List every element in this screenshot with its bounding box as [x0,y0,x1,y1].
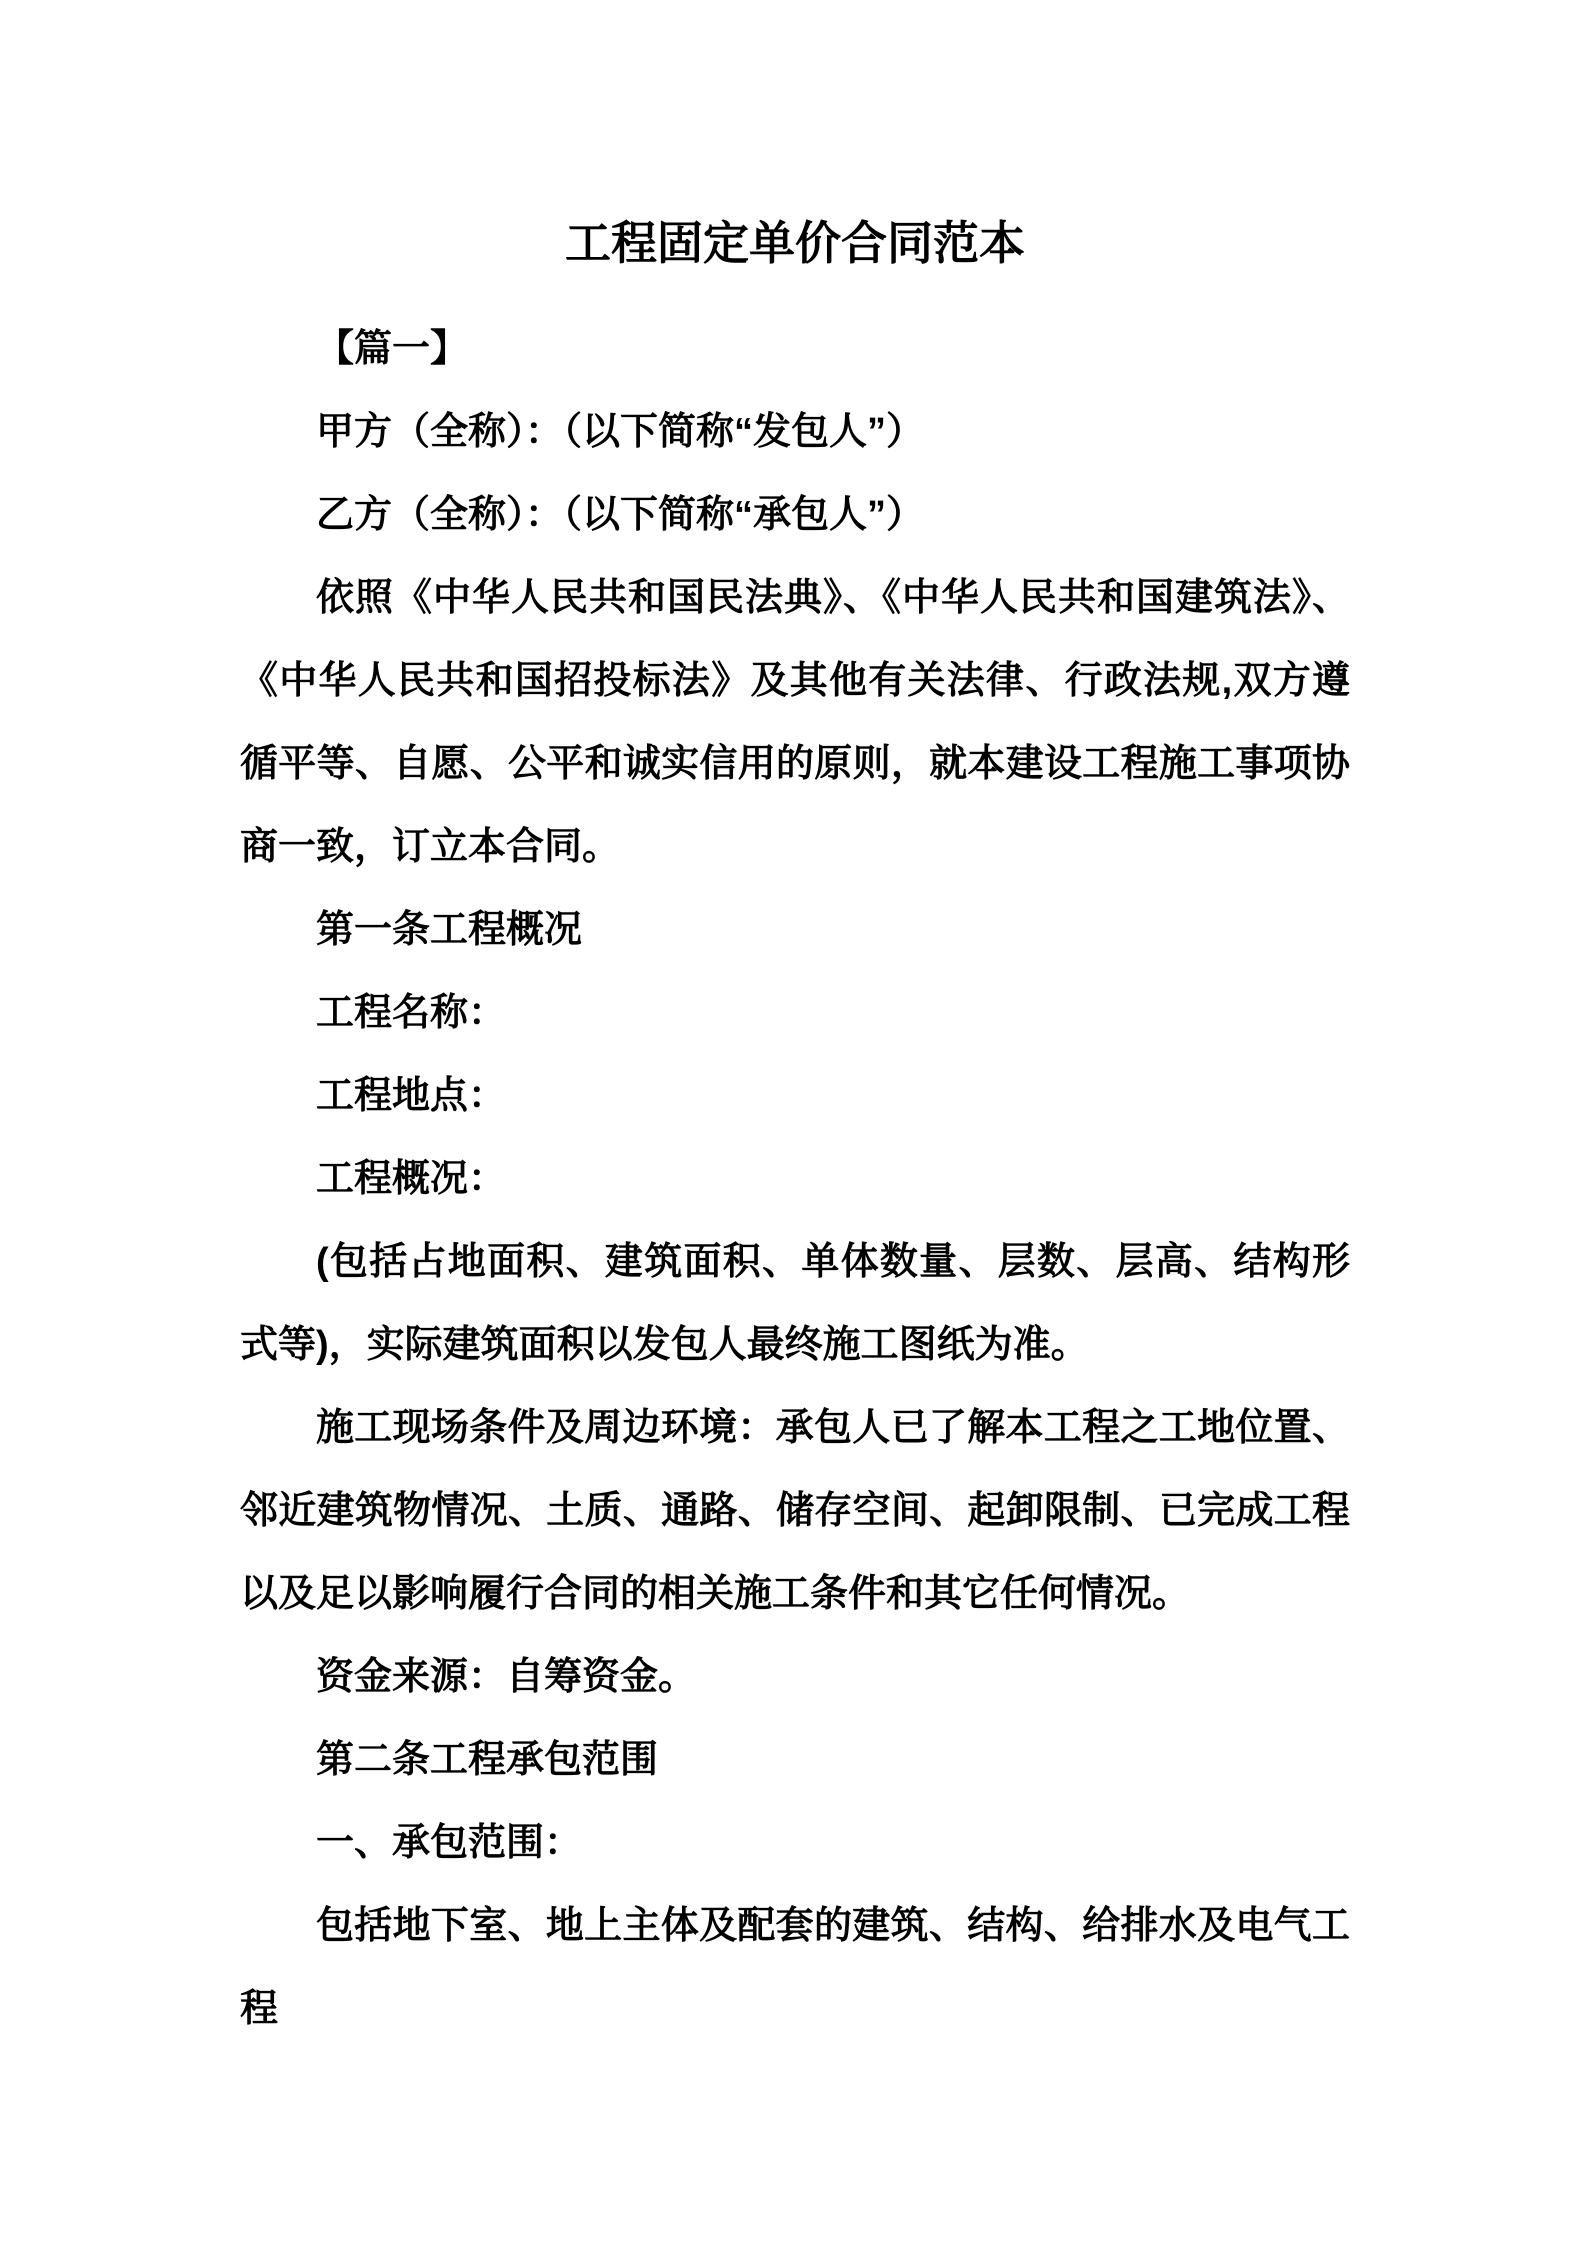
paragraph: 工程名称： [240,972,1350,1055]
paragraph: (包括占地面积、建筑面积、单体数量、层数、层高、结构形式等)，实际建筑面积以发包… [240,1221,1350,1387]
document-title: 工程固定单价合同范本 [240,214,1350,272]
paragraph: 资金来源：自筹资金。 [240,1636,1350,1719]
paragraph: 工程地点： [240,1055,1350,1138]
paragraph: 施工现场条件及周边环境：承包人已了解本工程之工地位置、邻近建筑物情况、土质、通路… [240,1387,1350,1636]
paragraph: 甲方（全称）：（以下简称“发包人”） [240,391,1350,474]
paragraph: 一、承包范围： [240,1802,1350,1885]
paragraph: 依照《中华人民共和国民法典》、《中华人民共和国建筑法》、《中华人民共和国招投标法… [240,557,1350,889]
paragraph: 【篇一】 [240,308,1350,391]
contract-document-page: 工程固定单价合同范本 【篇一】甲方（全称）：（以下简称“发包人”）乙方（全称）：… [0,0,1586,2244]
paragraph: 工程概况： [240,1138,1350,1221]
paragraph: 乙方（全称）：（以下简称“承包人”） [240,474,1350,557]
paragraph: 包括地下室、地上主体及配套的建筑、结构、给排水及电气工程 [240,1885,1350,2051]
document-body: 【篇一】甲方（全称）：（以下简称“发包人”）乙方（全称）：（以下简称“承包人”）… [240,272,1350,2051]
paragraph: 第二条工程承包范围 [240,1719,1350,1802]
paragraph: 第一条工程概况 [240,889,1350,972]
